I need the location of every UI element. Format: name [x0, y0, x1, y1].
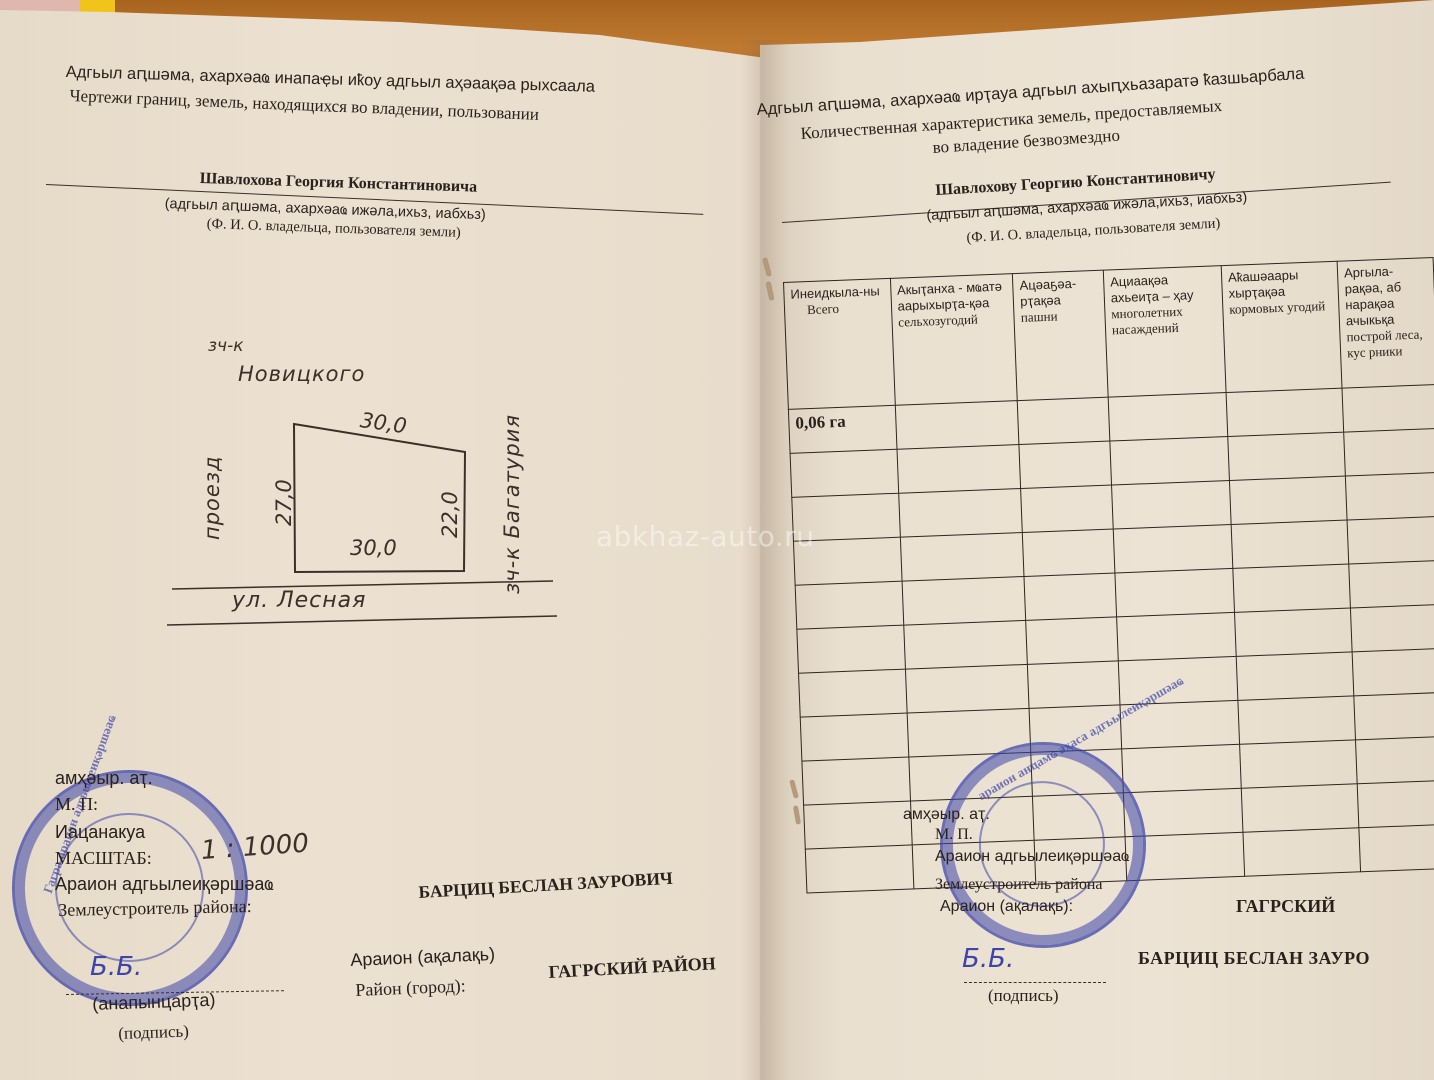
table-cell [1019, 441, 1111, 488]
table-cell [1018, 397, 1110, 444]
table-cell [1113, 524, 1233, 572]
table-cell [1231, 520, 1349, 568]
column-header-russian: сельхозугодий [898, 310, 1008, 330]
table-cell [1117, 612, 1237, 660]
table-cell [795, 581, 903, 629]
table-cell [1243, 828, 1361, 876]
right-signature-line [964, 982, 1106, 983]
right-district-value: ГАГРСКИЙ [1236, 896, 1335, 917]
table-cell [804, 801, 912, 849]
table-cell [1359, 824, 1434, 872]
table-cell [802, 757, 910, 805]
book-fold [740, 40, 790, 1080]
left-stamp-label-abkhaz: амҳәыр. аҭ. [55, 768, 153, 789]
left-scale-label-russian: МАСШТАБ: [55, 848, 152, 869]
right-surveyor-name: БАРЦИЦ БЕСЛАН ЗАУРО [1138, 948, 1370, 969]
table-cell [902, 576, 1026, 625]
column-header-russian: построй леса, кус рники [1346, 326, 1430, 361]
table-cell [1026, 617, 1118, 664]
sketch-side-bottom: 30,0 [350, 536, 397, 560]
left-signature-caption-abkhaz: (анапынцарҭа) [92, 990, 216, 1015]
column-header-abkhaz: Аргыла-рақәа, аб нарақәа ачыкьқа [1344, 262, 1429, 329]
left-signature: Б.Б. [90, 952, 142, 982]
sketch-side-right: 22,0 [438, 491, 462, 538]
table-cell [1350, 604, 1434, 652]
table-cell [905, 664, 1029, 713]
column-header: Ацәаҕәа-рҭақәапашни [1013, 270, 1108, 400]
table-header-row: Инеидкыла-ныВсегоАкыҭанха - мҩатә аарыхы… [784, 258, 1434, 410]
column-header-russian: многолетних насаждений [1111, 302, 1217, 338]
column-header: Акыҭанха - мҩатә аарыхырҭа-қәасельхозуго… [890, 274, 1017, 406]
left-surveyor-label-russian: Землеустроитель района: [58, 896, 252, 921]
left-stamp-label-russian: М. П: [55, 794, 98, 815]
table-cell [1110, 437, 1230, 485]
right-stamp-label-russian: М. П. [935, 826, 973, 844]
table-cell [1344, 428, 1434, 476]
total-area-cell: 0,06 га [788, 405, 896, 453]
table-cell [790, 449, 898, 497]
column-header-abkhaz: Ациаақәа ахьеиҭа – ҳау [1110, 270, 1216, 306]
table-cell [797, 625, 905, 673]
watermark: abkhaz-auto.ru [596, 520, 815, 553]
table-cell [800, 713, 908, 761]
table-cell [898, 489, 1022, 538]
table-cell [799, 669, 907, 717]
table-cell [897, 445, 1021, 494]
table-cell [1236, 652, 1354, 700]
column-header: Аҟашәаары хырҭақәакормовых угодий [1221, 261, 1342, 392]
table-cell [1021, 485, 1113, 532]
table-cell [1024, 573, 1116, 620]
table-cell [1233, 564, 1351, 612]
table-cell [1228, 432, 1346, 480]
left-scale-label-abkhaz: Иацанакуа [55, 822, 145, 843]
table-cell [1023, 529, 1115, 576]
right-signature: Б.Б. [962, 944, 1014, 974]
right-surveyor-label-abkhaz: Араион адгьылеиқәршәаҩ [935, 848, 1129, 866]
column-header: Ациаақәа ахьеиҭа – ҳаумноголетних насажд… [1103, 266, 1226, 397]
table-cell [1028, 661, 1120, 708]
table-cell [1357, 780, 1434, 828]
table-cell [1356, 736, 1434, 784]
table-cell [1229, 476, 1347, 524]
table-cell [1234, 608, 1352, 656]
table-cell [1352, 648, 1434, 696]
column-header-abkhaz: Аҟашәаары хырҭақәа [1228, 266, 1332, 302]
table-cell [1122, 744, 1242, 792]
right-district-label-abkhaz: Араион (ақалақь): [940, 898, 1073, 916]
table-cell [805, 845, 913, 893]
column-header: Аргыла-рақәа, аб нарақәа ачыкьқапострой … [1337, 258, 1434, 389]
sketch-side-left: 27,0 [272, 479, 296, 526]
table-cell [1111, 481, 1231, 529]
table-cell [903, 620, 1027, 669]
right-surveyor-label-russian: Землеустроитель района [935, 876, 1102, 894]
table-cell [1241, 784, 1359, 832]
column-header: Инеидкыла-ныВсего [784, 278, 895, 409]
table-cell [1238, 696, 1356, 744]
column-header-abkhaz: Ацәаҕәа-рҭақәа [1019, 275, 1098, 310]
table-cell [1108, 393, 1228, 441]
table-cell [1345, 472, 1434, 520]
table-cell [1115, 568, 1235, 616]
table-cell [1354, 692, 1434, 740]
table-cell [1239, 740, 1357, 788]
right-stamp-label-abkhaz: амҳәыр. аҭ. [903, 806, 990, 824]
table-cell [1226, 388, 1344, 436]
table-cell [1349, 560, 1434, 608]
right-signature-caption-russian: (подпись) [988, 986, 1059, 1006]
table-cell [1342, 384, 1434, 432]
table-cell [895, 401, 1019, 450]
plot-outline [0, 0, 780, 700]
table-cell [900, 532, 1024, 581]
left-signature-caption-russian: (подпись) [118, 1022, 189, 1044]
table-cell [1347, 516, 1434, 564]
column-header-russian: кормовых угодий [1229, 298, 1333, 318]
column-header-abkhaz: Акыҭанха - мҩатә аарыхырҭа-қәа [897, 278, 1008, 314]
left-surveyor-label-abkhaz: Араион адгьылеиқәршәаҩ [55, 874, 274, 895]
column-header-russian: пашни [1021, 307, 1099, 326]
